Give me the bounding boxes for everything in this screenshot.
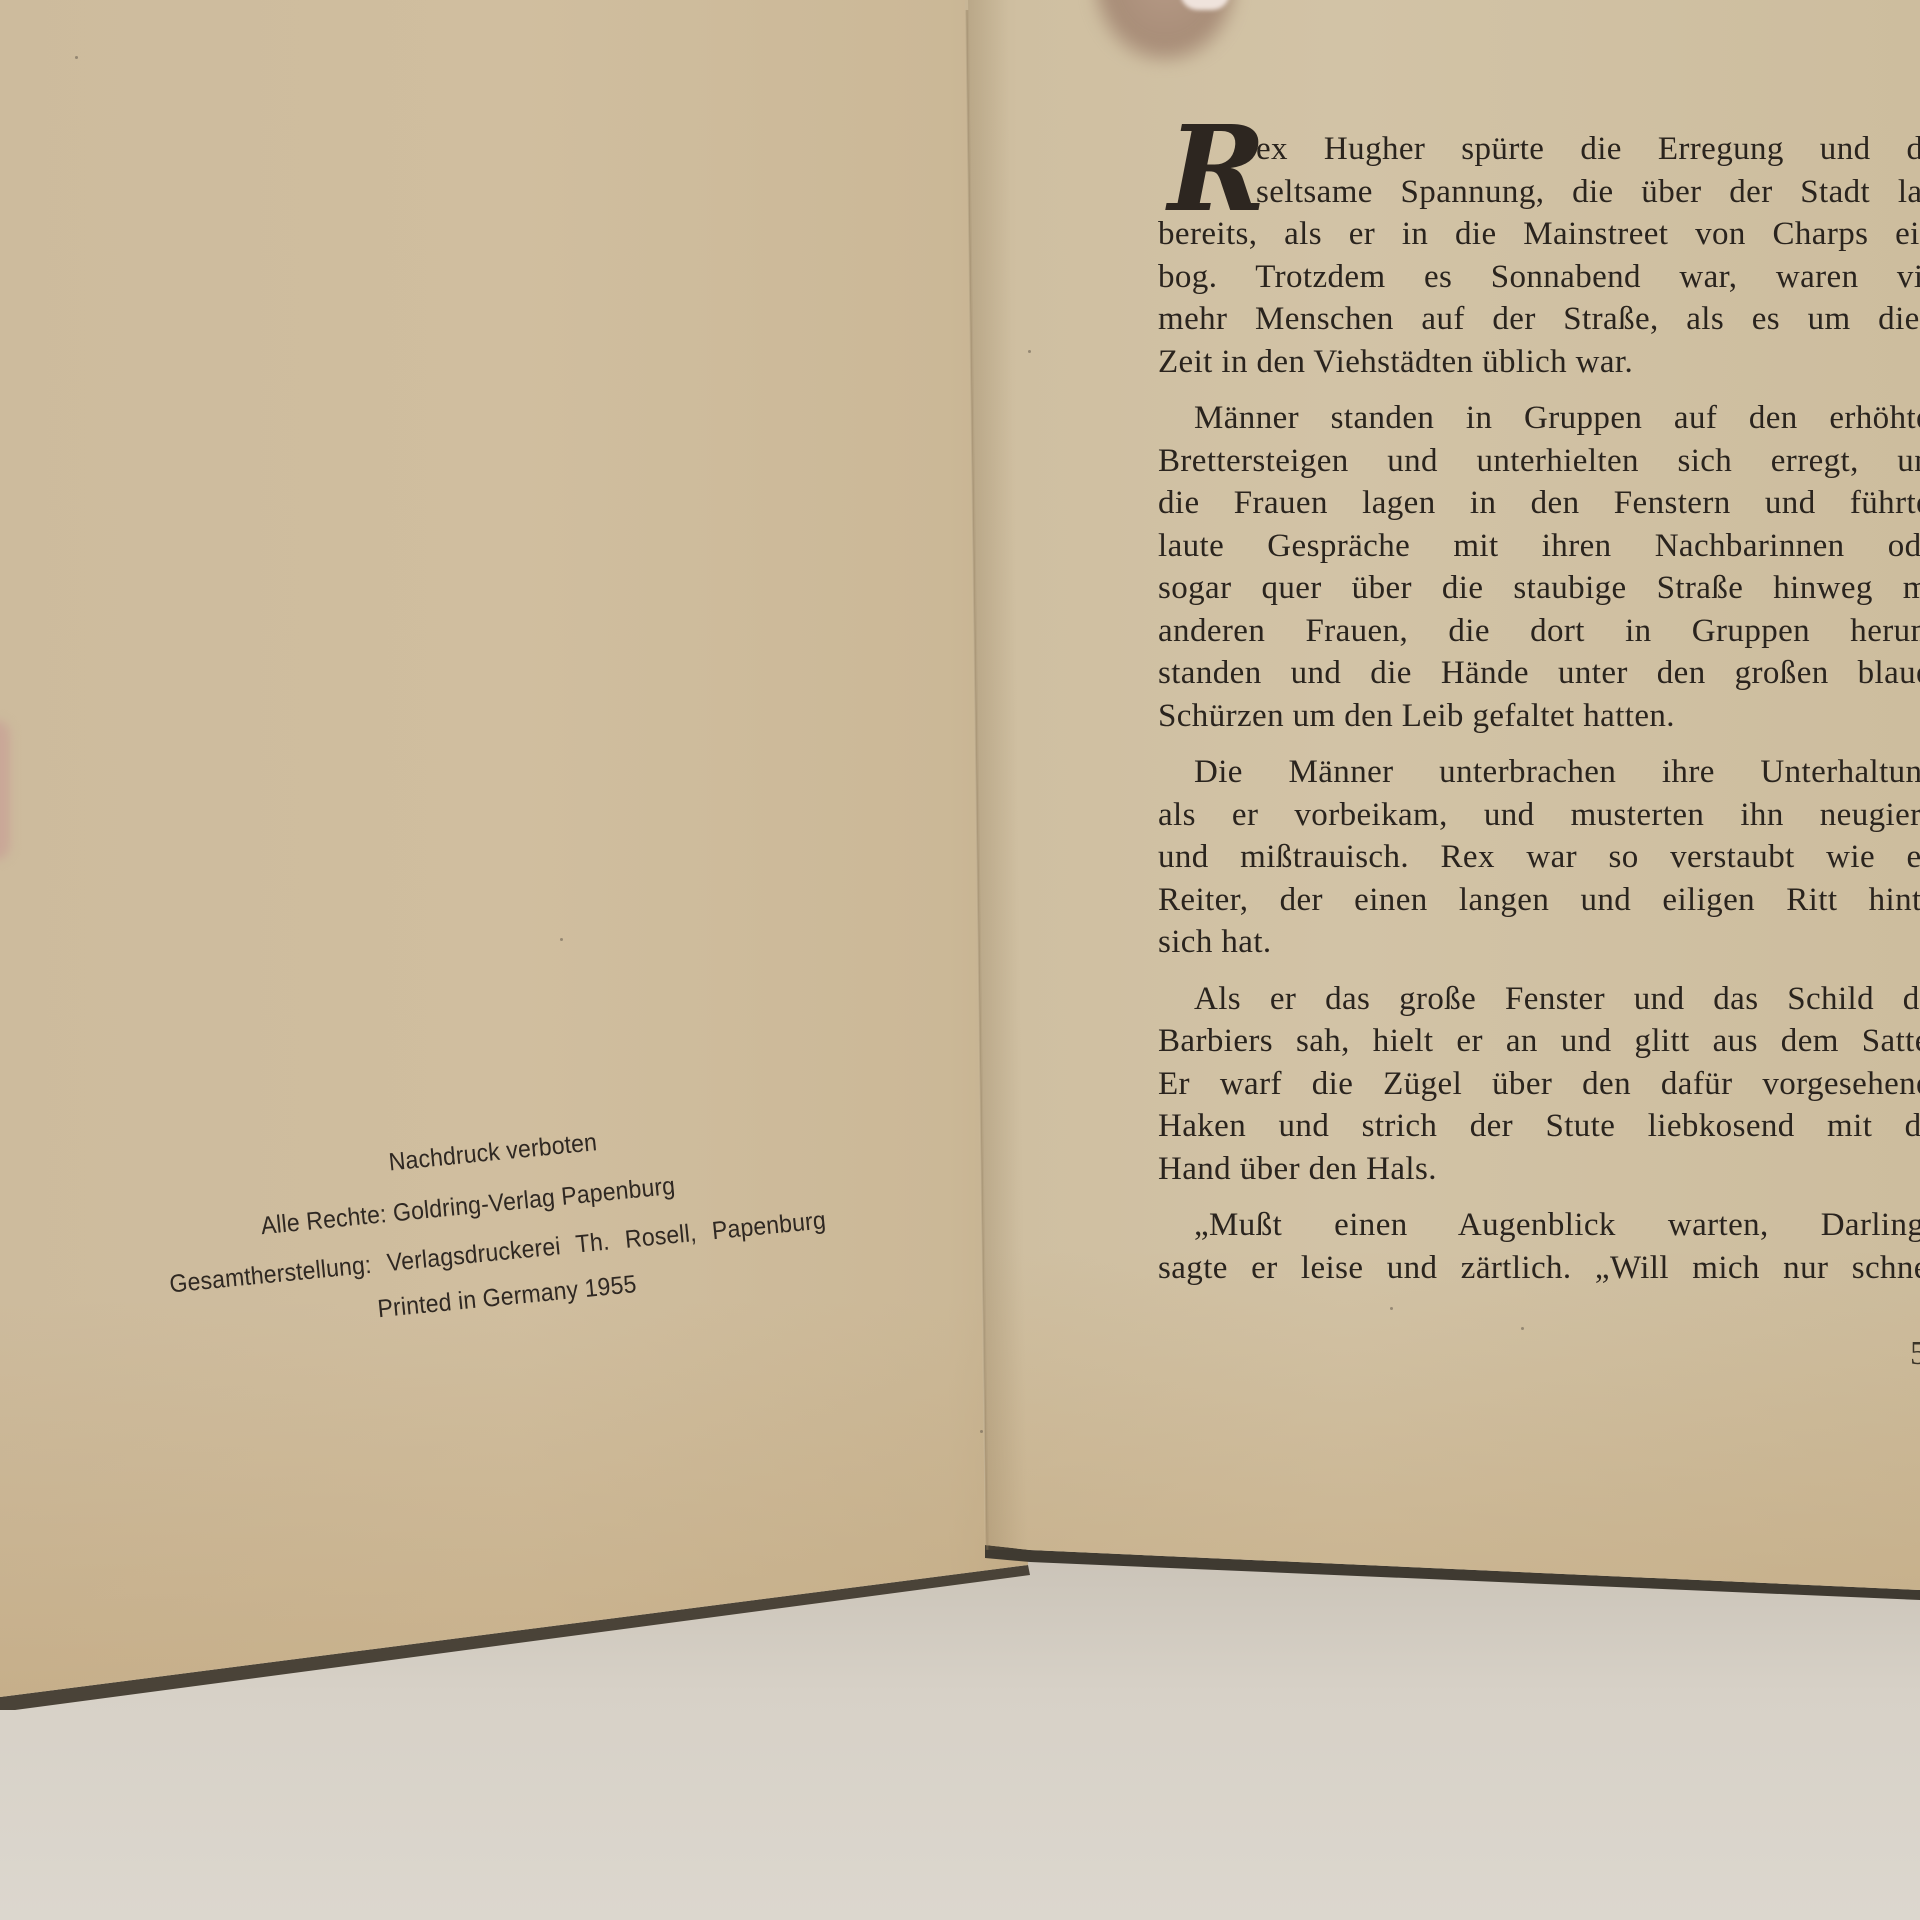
text-line: Barbiers sah, hielt er an und glitt aus … [1158,1020,1920,1063]
right-page-tint [960,1250,1920,1600]
text-line: Reiter, der einen langen und eiligen Rit… [1158,879,1920,922]
text-line: Haken und strich der Stute liebkosend mi… [1158,1105,1920,1148]
text-line: Die Männer unterbrachen ihre Unterhaltun… [1158,751,1920,794]
text-line: Er warf die Zügel über den dafür vorgese… [1158,1063,1920,1106]
text-line: und mißtrauisch. Rex war so verstaubt wi… [1158,836,1920,879]
text-line: bereits, als er in die Mainstreet von Ch… [1158,213,1920,256]
text-line: die Frauen lagen in den Fenstern und füh… [1158,482,1920,525]
text-line: seltsame Spannung, die über der Stadt la… [1158,171,1920,214]
text-line: standen und die Hände unter den großen b… [1158,652,1920,695]
paper-speck [560,938,563,941]
text-line: anderen Frauen, die dort in Gruppen heru… [1158,610,1920,653]
paper-speck [980,1430,983,1433]
text-line: mehr Menschen auf der Straße, als es um … [1158,298,1920,341]
text-line: bog. Trotzdem es Sonnabend war, waren vi… [1158,256,1920,299]
text-line: sogar quer über die staubige Straße hinw… [1158,567,1920,610]
text-line: Zeit in den Viehstädten üblich war. [1158,341,1920,384]
text-line: Als er das große Fenster und das Schild … [1158,978,1920,1021]
hand-edge [0,720,10,860]
paper-speck [1521,1327,1524,1330]
text-line: „Mußt einen Augenblick warten, Darling“, [1158,1204,1920,1247]
text-line: sagte er leise und zärtlich. „Will mich … [1158,1247,1920,1290]
drop-cap: R [1168,110,1266,228]
page-number: 5 [1910,1335,1920,1373]
text-line: Schürzen um den Leib gefaltet hatten. [1158,695,1920,738]
text-line: ex Hugher spürte die Erregung und die [1158,128,1920,171]
text-line: Männer standen in Gruppen auf den erhöht… [1158,397,1920,440]
paper-speck [75,56,78,59]
paper-speck [1390,1307,1393,1310]
paper-speck [1028,350,1031,353]
text-line: laute Gespräche mit ihren Nachbarinnen o… [1158,525,1920,568]
text-line: Brettersteigen und unterhielten sich err… [1158,440,1920,483]
text-line: als er vorbeikam, und musterten ihn neug… [1158,794,1920,837]
text-line: Hand über den Hals. [1158,1148,1920,1191]
text-line: sich hat. [1158,921,1920,964]
body-text: R ex Hugher spürte die Erregung und die … [1158,128,1920,1289]
